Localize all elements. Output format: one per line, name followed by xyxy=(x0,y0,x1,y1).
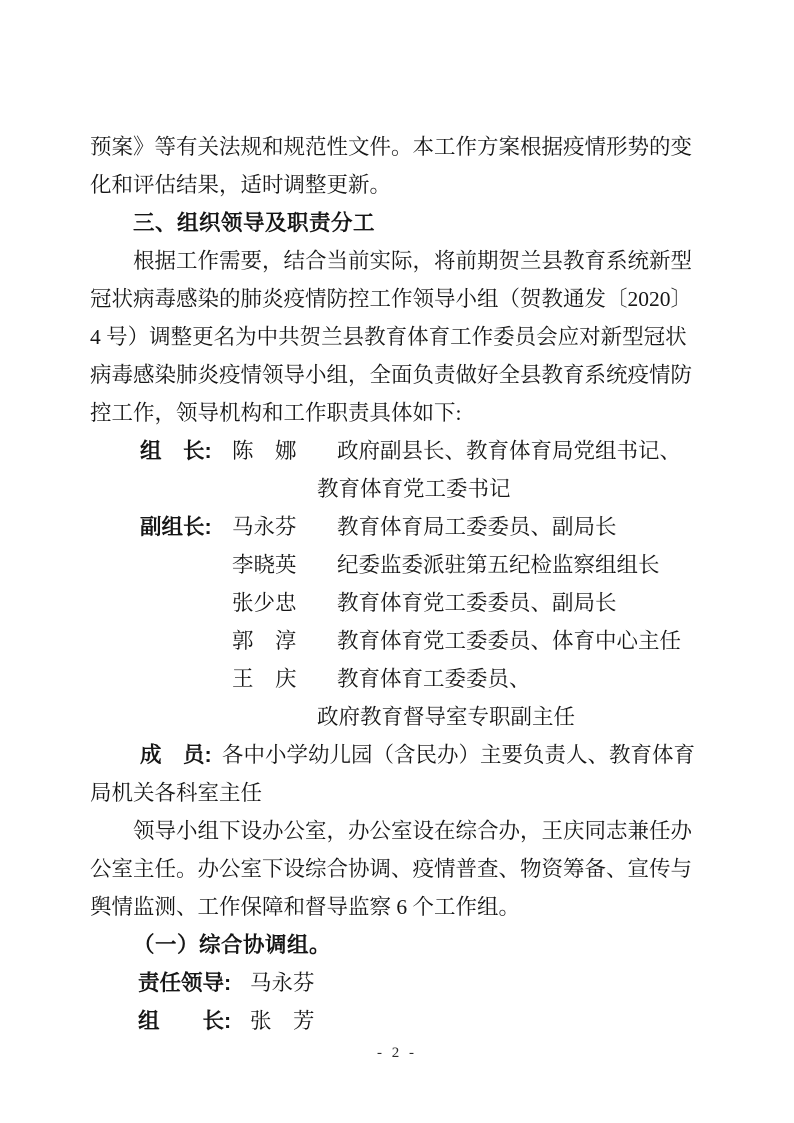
person-title: 纪委监委派驻第五纪检监察组组长 xyxy=(337,553,660,577)
person-title: 教育体育工委委员、 xyxy=(337,667,531,691)
role-label: 组 长: xyxy=(140,432,232,470)
document-page: 预案》等有关法规和规范性文件。本工作方案根据疫情形势的变 化和评估结果，适时调整… xyxy=(0,0,794,1123)
person-name: 马永芬 xyxy=(250,971,315,995)
person-title: 教育体育局工委委员、副局长 xyxy=(337,515,617,539)
role-label: 组 长: xyxy=(138,1002,250,1040)
page-number: - 2 - xyxy=(0,1040,794,1066)
person-name: 陈 娜 xyxy=(232,432,337,470)
roster-row-deputy: 张少忠教育体育党工委委员、副局长 xyxy=(90,584,710,622)
roster-row-members: 成 员:各中小学幼儿园（含民办）主要负责人、教育体育 xyxy=(90,736,710,774)
roster-row-leader: 组 长:陈 娜政府副县长、教育体育局党组书记、 xyxy=(90,432,710,470)
person-title: 政府副县长、教育体育局党组书记、 xyxy=(337,439,681,463)
roster-row-deputy: 李晓英纪委监委派驻第五纪检监察组组长 xyxy=(90,546,710,584)
person-name: 王 庆 xyxy=(232,660,337,698)
paragraph-first-line: 根据工作需要，结合当前实际，将前期贺兰县教育系统新型 xyxy=(90,242,710,280)
roster-row-deputy: 王 庆教育体育工委委员、 xyxy=(90,660,710,698)
roster-row-deputy: 副组长:马永芬教育体育局工委委员、副局长 xyxy=(90,508,710,546)
roster-row-deputy: 郭 淳教育体育党工委委员、体育中心主任 xyxy=(90,622,710,660)
person-name: 张 芳 xyxy=(250,1009,315,1033)
body-text-line: 4 号）调整更名为中共贺兰县教育体育工作委员会应对新型冠状 xyxy=(90,318,710,356)
body-text-line: 预案》等有关法规和规范性文件。本工作方案根据疫情形势的变 xyxy=(90,128,710,166)
person-name: 马永芬 xyxy=(232,508,337,546)
group-row-leader: 组 长:张 芳 xyxy=(90,1002,710,1040)
role-label: 责任领导: xyxy=(138,964,250,1002)
body-text-line: 化和评估结果，适时调整更新。 xyxy=(90,166,710,204)
body-text-line: 舆情监测、工作保障和督导监察 6 个工作组。 xyxy=(90,888,710,926)
role-label: 成 员: xyxy=(140,736,222,774)
person-title-continuation: 教育体育党工委书记 xyxy=(90,470,710,508)
document-body: 预案》等有关法规和规范性文件。本工作方案根据疫情形势的变 化和评估结果，适时调整… xyxy=(90,128,710,1040)
role-label: 副组长: xyxy=(140,508,232,546)
person-name: 李晓英 xyxy=(232,546,337,584)
subsection-heading: （一）综合协调组。 xyxy=(90,926,710,964)
person-name: 张少忠 xyxy=(232,584,337,622)
body-text-line: 控工作，领导机构和工作职责具体如下: xyxy=(90,394,710,432)
members-text: 各中小学幼儿园（含民办）主要负责人、教育体育 xyxy=(222,743,695,767)
person-name: 郭 淳 xyxy=(232,622,337,660)
body-text-line: 局机关各科室主任 xyxy=(90,774,710,812)
body-text-line: 公室主任。办公室下设综合协调、疫情普查、物资筹备、宣传与 xyxy=(90,850,710,888)
body-text-line: 冠状病毒感染的肺炎疫情防控工作领导小组（贺教通发〔2020〕 xyxy=(90,280,710,318)
group-row-responsible-leader: 责任领导:马永芬 xyxy=(90,964,710,1002)
paragraph-first-line: 领导小组下设办公室，办公室设在综合办，王庆同志兼任办 xyxy=(90,812,710,850)
section-heading: 三、组织领导及职责分工 xyxy=(90,204,710,242)
person-title: 教育体育党工委委员、体育中心主任 xyxy=(337,629,681,653)
body-text-line: 病毒感染肺炎疫情领导小组，全面负责做好全县教育系统疫情防 xyxy=(90,356,710,394)
person-title-continuation: 政府教育督导室专职副主任 xyxy=(90,698,710,736)
person-title: 教育体育党工委委员、副局长 xyxy=(337,591,617,615)
